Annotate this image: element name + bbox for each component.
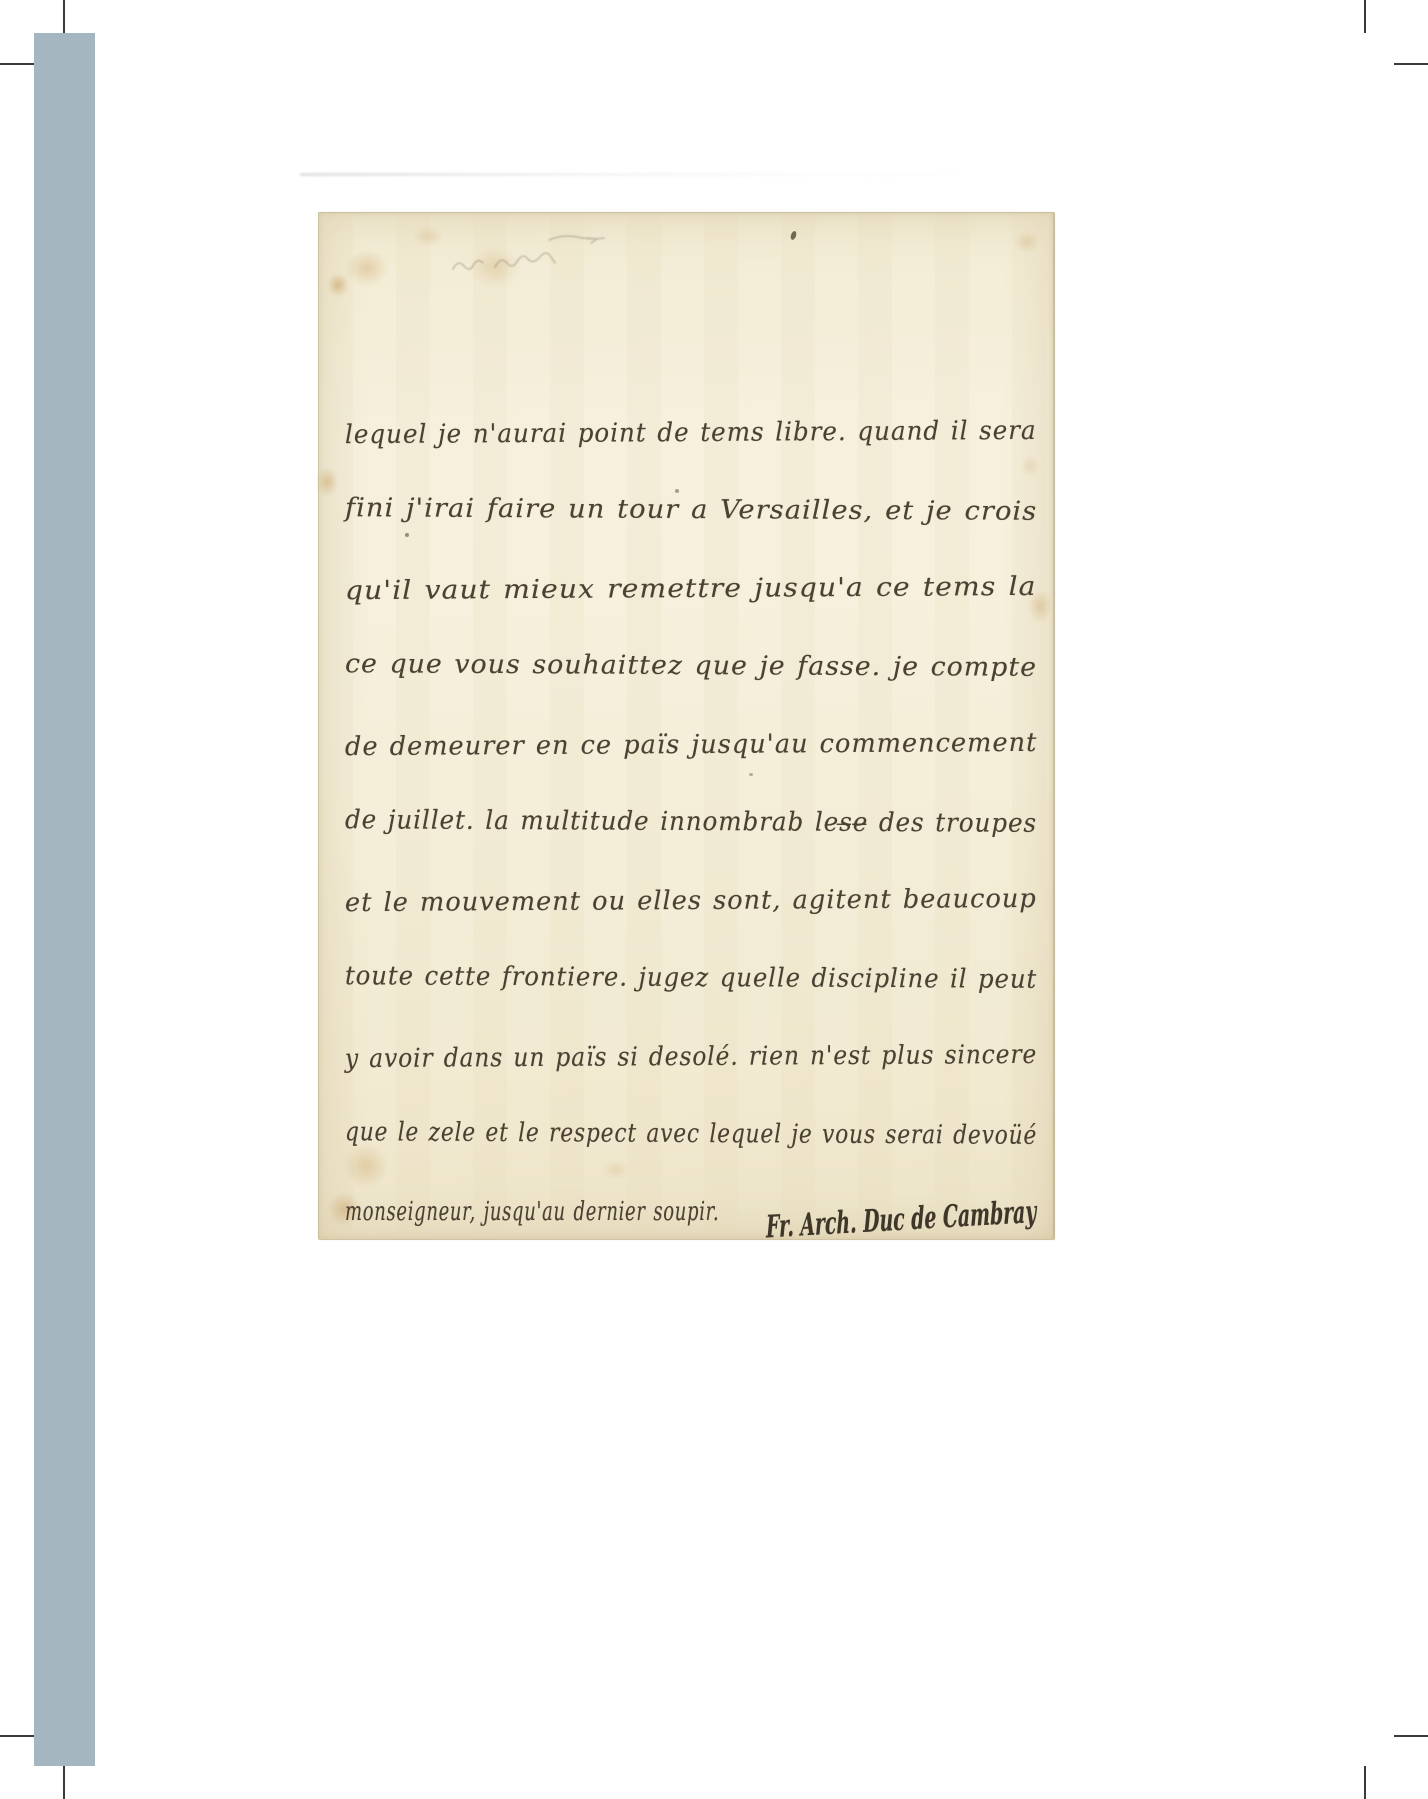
ink-speck <box>790 230 798 240</box>
crop-mark-bottom-left-horizontal <box>0 1735 34 1737</box>
crop-mark-top-left-horizontal <box>0 63 34 65</box>
manuscript-line: y avoir dans un païs si desolé. rien n'e… <box>345 1016 1037 1098</box>
manuscript-line: et le mouvement ou elles sont, agitent b… <box>345 860 1037 942</box>
line-text: y avoir dans un païs si desolé. rien n'e… <box>345 1040 1037 1074</box>
letter-body: lequel je n'aurai point de tems libre. q… <box>345 393 1037 1251</box>
faint-pencil-inscription <box>447 247 587 279</box>
line-text: fini j'irai faire un tour a Versailles, … <box>345 493 1037 527</box>
paper-stain <box>311 461 343 503</box>
crop-mark-bottom-left-vertical <box>63 1766 65 1799</box>
paper-stain <box>1009 227 1045 257</box>
line-text: qu'il vaut mieux remettre jusqu'a ce tem… <box>345 572 1037 606</box>
paper-stain <box>407 221 449 251</box>
line-text: de demeurer en ce païs jusqu'au commence… <box>345 728 1038 762</box>
page: { "page": { "background_color": "#ffffff… <box>0 0 1428 1799</box>
manuscript-line: toute cette frontiere. jugez quelle disc… <box>345 937 1037 1019</box>
manuscript-line: de demeurer en ce païs jusqu'au commence… <box>345 704 1037 786</box>
manuscript-line-with-signature: monseigneur, jusqu'au dernier soupir. Fr… <box>345 1173 823 1251</box>
manuscript-line: fini j'irai faire un tour a Versailles, … <box>345 469 1037 551</box>
paper-stain <box>337 243 397 293</box>
crop-mark-top-left-vertical <box>63 0 65 33</box>
left-accent-bar <box>34 33 95 1766</box>
manuscript-paper: lequel je n'aurai point de tems libre. q… <box>318 212 1055 1240</box>
line-text: et le mouvement ou elles sont, agitent b… <box>345 884 1037 918</box>
manuscript-line: ce que vous souhaittez que je fasse. je … <box>345 625 1037 707</box>
paper-stain <box>323 268 353 302</box>
manuscript-line: qu'il vaut mieux remettre jusqu'a ce tem… <box>345 548 1037 630</box>
crop-mark-top-right-horizontal <box>1394 63 1428 65</box>
signature: Fr. Arch. Duc de Cambray <box>766 1194 1037 1246</box>
manuscript-line: que le zele et le respect avec lequel je… <box>345 1093 1037 1175</box>
crop-mark-bottom-right-horizontal <box>1394 1735 1428 1737</box>
scan-smudge <box>300 173 990 176</box>
faint-pencil-dash <box>547 231 607 245</box>
line-text: toute cette frontiere. jugez quelle disc… <box>345 961 1037 995</box>
line-text: lequel je n'aurai point de tems libre. q… <box>345 416 1037 450</box>
manuscript-line: de juillet. la multitude innombrab les̶e… <box>345 781 1037 863</box>
crop-mark-top-right-vertical <box>1364 0 1366 33</box>
manuscript-line: lequel je n'aurai point de tems libre. q… <box>345 392 1037 474</box>
crop-mark-bottom-right-vertical <box>1364 1766 1366 1799</box>
line-text: monseigneur, jusqu'au dernier soupir. <box>345 1197 719 1227</box>
line-text: ce que vous souhaittez que je fasse. je … <box>345 649 1037 683</box>
line-text: de juillet. la multitude innombrab les̶e… <box>345 805 1037 839</box>
line-text: que le zele et le respect avec lequel je… <box>345 1117 1037 1151</box>
